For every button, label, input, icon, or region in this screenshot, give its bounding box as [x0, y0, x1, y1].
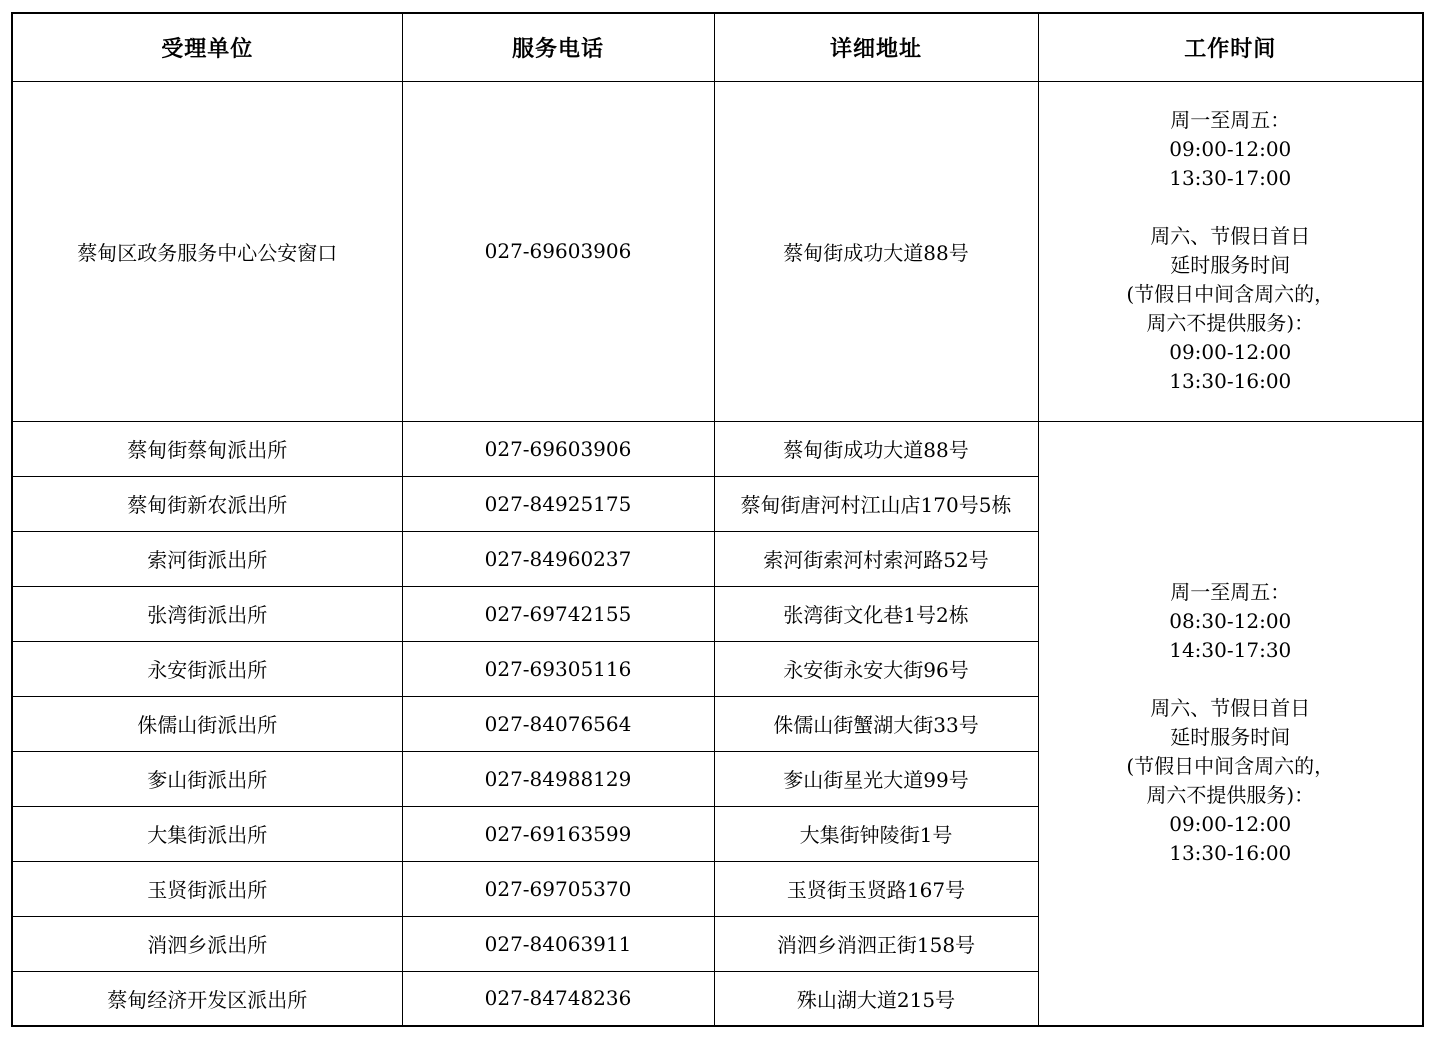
phone-cell: 027-84748236 — [402, 971, 714, 1026]
col-header-address: 详细地址 — [714, 13, 1038, 81]
hours-cell-first: 周一至周五： 09:00-12:00 13:30-17:00 周六、节假日首日 … — [1038, 81, 1423, 421]
hours-cell-rest: 周一至周五： 08:30-12:00 14:30-17:30 周六、节假日首日 … — [1038, 421, 1423, 1026]
unit-cell: 奓山街派出所 — [12, 751, 402, 806]
address-cell: 索河街索河村索河路52号 — [714, 531, 1038, 586]
unit-cell: 张湾街派出所 — [12, 586, 402, 641]
col-header-hours: 工作时间 — [1038, 13, 1423, 81]
address-cell: 张湾街文化巷1号2栋 — [714, 586, 1038, 641]
unit-cell: 蔡甸街新农派出所 — [12, 476, 402, 531]
unit-cell: 大集街派出所 — [12, 806, 402, 861]
table-row: 蔡甸区政务服务中心公安窗口 027-69603906 蔡甸街成功大道88号 周一… — [12, 81, 1423, 421]
phone-cell: 027-69603906 — [402, 421, 714, 476]
unit-cell: 蔡甸经济开发区派出所 — [12, 971, 402, 1026]
address-cell: 蔡甸街成功大道88号 — [714, 421, 1038, 476]
address-cell: 大集街钟陵街1号 — [714, 806, 1038, 861]
phone-cell: 027-69163599 — [402, 806, 714, 861]
phone-cell: 027-84988129 — [402, 751, 714, 806]
unit-cell: 侏儒山街派出所 — [12, 696, 402, 751]
address-cell: 蔡甸街唐河村江山店170号5栋 — [714, 476, 1038, 531]
header-row: 受理单位 服务电话 详细地址 工作时间 — [12, 13, 1423, 81]
address-cell: 永安街永安大街96号 — [714, 641, 1038, 696]
phone-cell: 027-84076564 — [402, 696, 714, 751]
col-header-phone: 服务电话 — [402, 13, 714, 81]
phone-cell: 027-84960237 — [402, 531, 714, 586]
phone-cell: 027-69742155 — [402, 586, 714, 641]
table-row: 蔡甸街蔡甸派出所 027-69603906 蔡甸街成功大道88号 周一至周五： … — [12, 421, 1423, 476]
phone-cell: 027-69603906 — [402, 81, 714, 421]
address-cell: 玉贤街玉贤路167号 — [714, 861, 1038, 916]
phone-cell: 027-84063911 — [402, 916, 714, 971]
unit-cell: 蔡甸区政务服务中心公安窗口 — [12, 81, 402, 421]
col-header-unit: 受理单位 — [12, 13, 402, 81]
unit-cell: 玉贤街派出所 — [12, 861, 402, 916]
unit-cell: 蔡甸街蔡甸派出所 — [12, 421, 402, 476]
service-points-table: 受理单位 服务电话 详细地址 工作时间 蔡甸区政务服务中心公安窗口 027-69… — [11, 12, 1424, 1027]
address-cell: 消泗乡消泗正街158号 — [714, 916, 1038, 971]
phone-cell: 027-84925175 — [402, 476, 714, 531]
address-cell: 殊山湖大道215号 — [714, 971, 1038, 1026]
address-cell: 蔡甸街成功大道88号 — [714, 81, 1038, 421]
phone-cell: 027-69305116 — [402, 641, 714, 696]
phone-cell: 027-69705370 — [402, 861, 714, 916]
unit-cell: 消泗乡派出所 — [12, 916, 402, 971]
address-cell: 奓山街星光大道99号 — [714, 751, 1038, 806]
unit-cell: 索河街派出所 — [12, 531, 402, 586]
unit-cell: 永安街派出所 — [12, 641, 402, 696]
address-cell: 侏儒山街蟹湖大街33号 — [714, 696, 1038, 751]
